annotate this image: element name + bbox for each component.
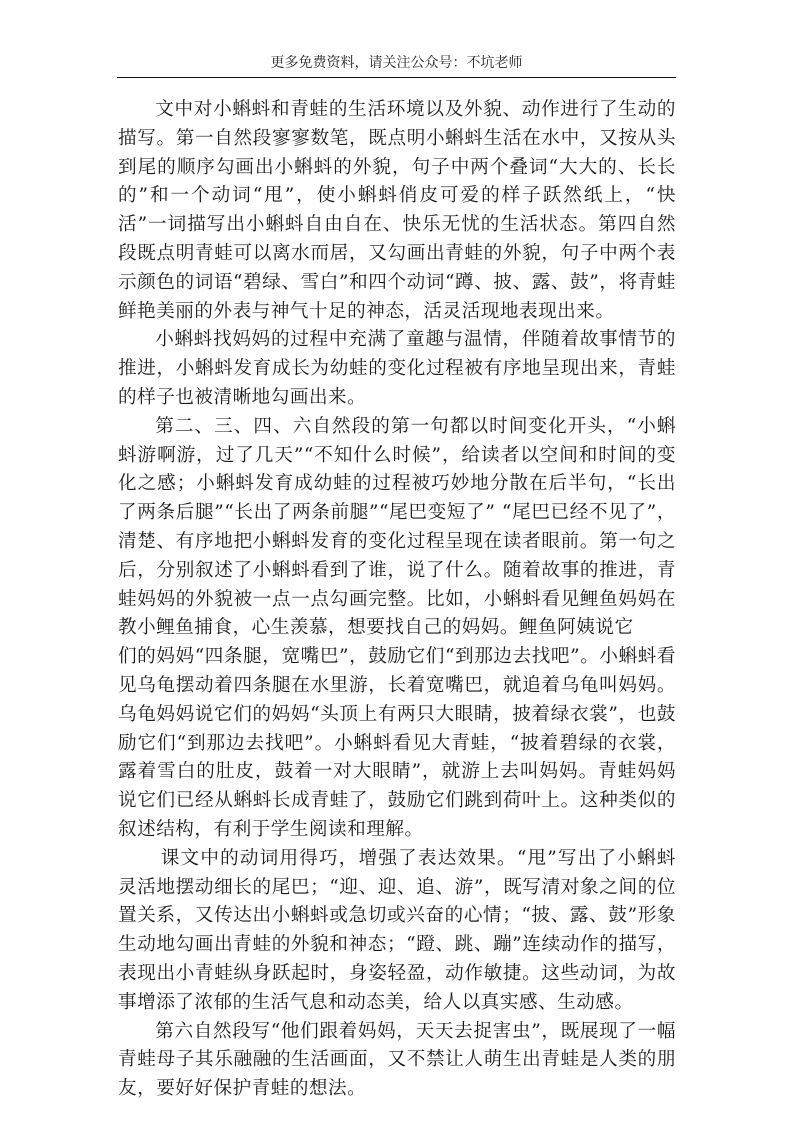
- document-body: 文中对小蝌蚪和青蛙的生活环境以及外貌、动作进行了生动的描写。第一自然段寥寥数笔，…: [118, 96, 676, 1104]
- header-text: 更多免费资料，请关注公众号：不坑老师: [271, 55, 523, 71]
- paragraph-sixth-section: 第六自然段写“他们跟着妈妈，天天去捉害虫”，既展现了一幅青蛙母子其乐融融的生活画…: [118, 1018, 676, 1104]
- paragraph-similar-narrative: 们的妈妈“四条腿，宽嘴巴”，鼓励它们“到那边去找吧”。小蝌蚪看见乌龟摆动着四条腿…: [118, 643, 676, 845]
- page-header: 更多免费资料，请关注公众号：不坑老师: [117, 52, 676, 78]
- paragraph-verbs: 课文中的动词用得巧，增强了表达效果。“甩”写出了小蝌蚪灵活地摆动细长的尾巴；“迎…: [118, 845, 676, 1018]
- paragraph-search-process: 小蝌蚪找妈妈的过程中充满了童趣与温情，伴随着故事情节的推进，小蝌蚪发育成长为幼蛙…: [118, 326, 676, 412]
- paragraph-appearance-description: 文中对小蝌蚪和青蛙的生活环境以及外貌、动作进行了生动的描写。第一自然段寥寥数笔，…: [118, 96, 676, 326]
- paragraph-time-structure: 第二、三、四、六自然段的第一句都以时间变化开头，“小蝌蚪游啊游，过了几天”“不知…: [118, 413, 676, 643]
